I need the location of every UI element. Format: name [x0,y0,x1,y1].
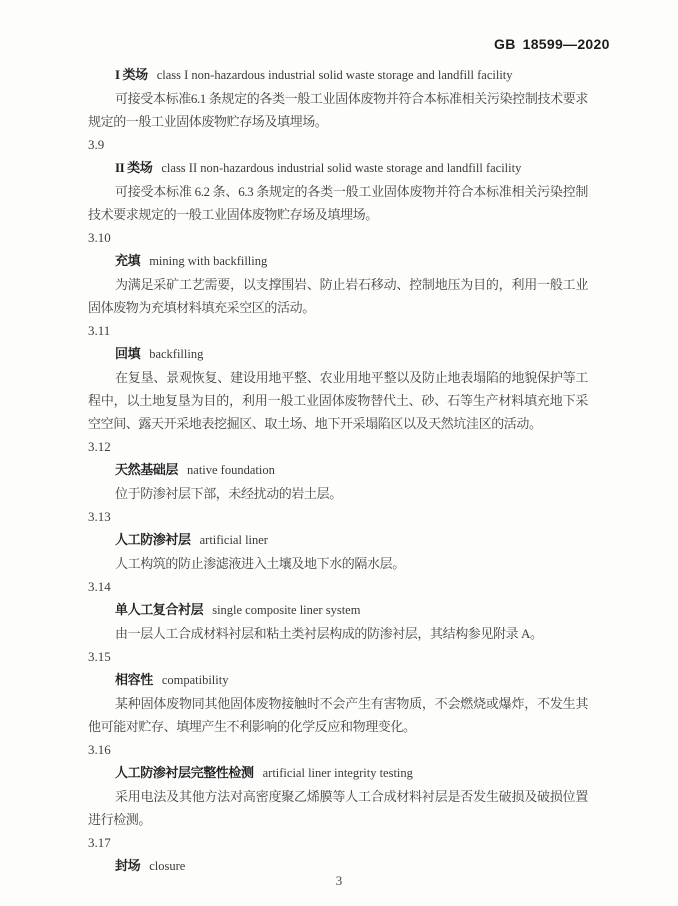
section-number: 3.12 [88,435,588,458]
term-english: backfilling [149,347,203,361]
definition-body: 由一层人工合成材料衬层和粘土类衬层构成的防渗衬层，其结构参见附录 A。 [88,622,588,645]
standard-header: GB18599—2020 [494,36,610,52]
section-number: 3.10 [88,226,588,249]
definition-section: 3.15 相容性compatibility 某种固体废物同其他固体废物接触时不会… [88,645,588,738]
term-chinese: 人工防渗衬层完整性检测 [115,765,254,780]
definition-body: 位于防渗衬层下部，未经扰动的岩土层。 [88,482,588,505]
term-english: class II non-hazardous industrial solid … [161,161,521,175]
definition-body: 可接受本标准6.1 条规定的各类一般工业固体废物并符合本标准相关污染控制技术要求… [88,87,588,133]
term-chinese: 封场 [115,858,140,873]
term-chinese: 充填 [115,253,140,268]
term-english: compatibility [162,673,229,687]
definition-body: 采用电法及其他方法对高密度聚乙烯膜等人工合成材料衬层是否发生破损及破损位置进行检… [88,785,588,831]
term-line: 单人工复合衬层single composite liner system [88,598,588,622]
term-line: 充填mining with backfilling [88,249,588,273]
term-chinese: 天然基础层 [115,462,178,477]
definition-section: 3.11 回填backfilling 在复垦、景观恢复、建设用地平整、农业用地平… [88,319,588,435]
definition-section: I 类场class I non-hazardous industrial sol… [88,63,588,133]
section-number: 3.11 [88,319,588,342]
standard-number: 18599—2020 [523,36,610,52]
term-line: II 类场class II non-hazardous industrial s… [88,156,588,180]
term-line: I 类场class I non-hazardous industrial sol… [88,63,588,87]
term-chinese: I 类场 [115,67,148,82]
term-line: 相容性compatibility [88,668,588,692]
definition-body: 可接受本标准 6.2 条、6.3 条规定的各类一般工业固体废物并符合本标准相关污… [88,180,588,226]
term-chinese: II 类场 [115,160,152,175]
term-chinese: 人工防渗衬层 [115,532,191,547]
section-number: 3.9 [88,133,588,156]
definition-body: 人工构筑的防止渗滤液进入土壤及地下水的隔水层。 [88,552,588,575]
definition-section: 3.13 人工防渗衬层artificial liner 人工构筑的防止渗滤液进入… [88,505,588,575]
section-number: 3.16 [88,738,588,761]
definition-section: 3.14 单人工复合衬层single composite liner syste… [88,575,588,645]
term-line: 人工防渗衬层artificial liner [88,528,588,552]
term-english: single composite liner system [212,603,360,617]
term-chinese: 相容性 [115,672,153,687]
page-footer: 3 [0,873,678,889]
section-number: 3.14 [88,575,588,598]
definition-body: 为满足采矿工艺需要，以支撑围岩、防止岩石移动、控制地压为目的，利用一般工业固体废… [88,273,588,319]
term-chinese: 单人工复合衬层 [115,602,203,617]
term-english: mining with backfilling [149,254,267,268]
definition-body: 某种固体废物同其他固体废物接触时不会产生有害物质，不会燃烧或爆炸，不发生其他可能… [88,692,588,738]
page-number: 3 [336,873,343,888]
definition-section: 3.12 天然基础层native foundation 位于防渗衬层下部，未经扰… [88,435,588,505]
term-line: 回填backfilling [88,342,588,366]
term-english: native foundation [187,463,275,477]
section-number: 3.15 [88,645,588,668]
definitions-list: I 类场class I non-hazardous industrial sol… [88,63,588,878]
section-number: 3.13 [88,505,588,528]
section-number: 3.17 [88,831,588,854]
term-english: class I non-hazardous industrial solid w… [157,68,513,82]
term-line: 天然基础层native foundation [88,458,588,482]
definition-section: 3.10 充填mining with backfilling 为满足采矿工艺需要… [88,226,588,319]
document-page: GB18599—2020 I 类场class I non-hazardous i… [0,0,678,906]
term-chinese: 回填 [115,346,140,361]
definition-section: 3.9 II 类场class II non-hazardous industri… [88,133,588,226]
term-english: closure [149,859,185,873]
term-line: 人工防渗衬层完整性检测artificial liner integrity te… [88,761,588,785]
definition-body: 在复垦、景观恢复、建设用地平整、农业用地平整以及防止地表塌陷的地貌保护等工程中，… [88,366,588,435]
definition-section: 3.17 封场closure [88,831,588,878]
term-english: artificial liner [200,533,268,547]
standard-code: GB [494,36,516,52]
term-english: artificial liner integrity testing [263,766,413,780]
definition-section: 3.16 人工防渗衬层完整性检测artificial liner integri… [88,738,588,831]
